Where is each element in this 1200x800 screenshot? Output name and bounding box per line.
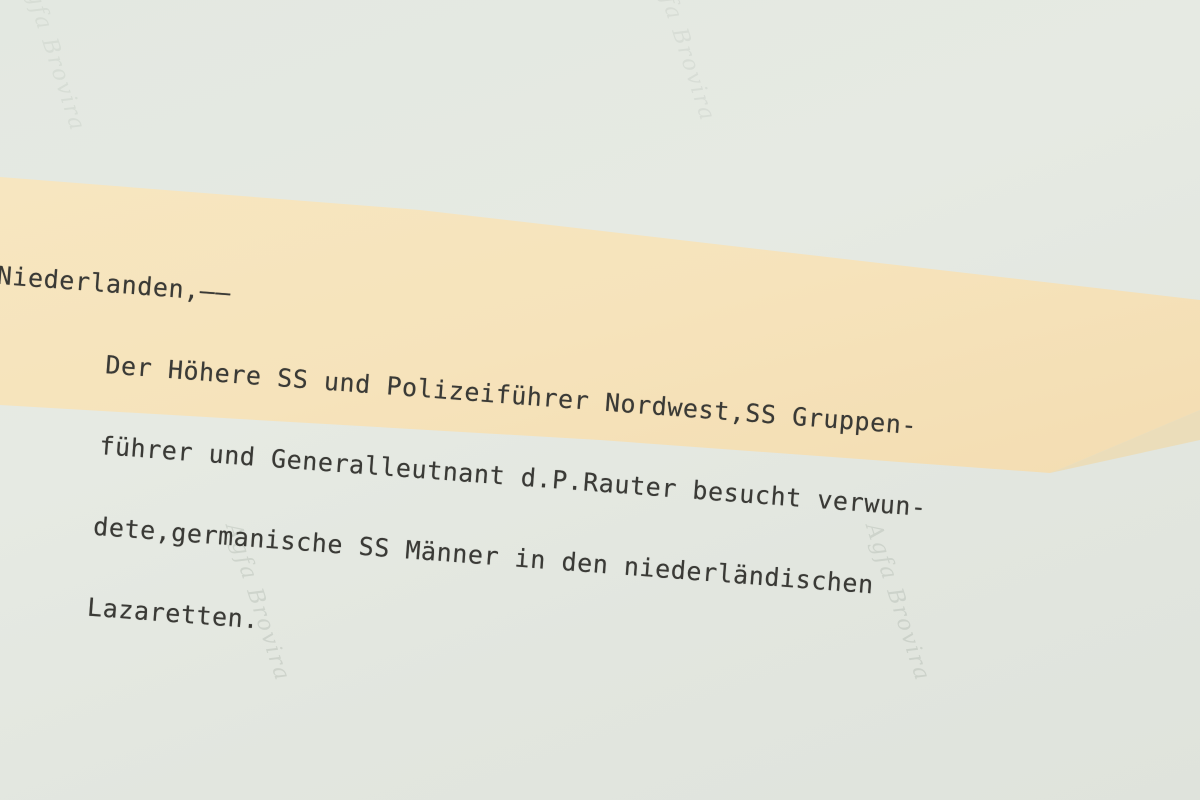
caption-line: Der Höhere SS und Polizeiführer Nordwest… [0, 343, 934, 441]
caption-text: Niederlanden,—— Der Höhere SS und Polize… [0, 208, 944, 710]
caption-line: führer und Generalleutnant d.P.Rauter be… [0, 423, 928, 521]
caption-line: dete,germanische SS Männer in den nieder… [0, 504, 922, 602]
caption-heading: Niederlanden,—— [0, 262, 940, 360]
